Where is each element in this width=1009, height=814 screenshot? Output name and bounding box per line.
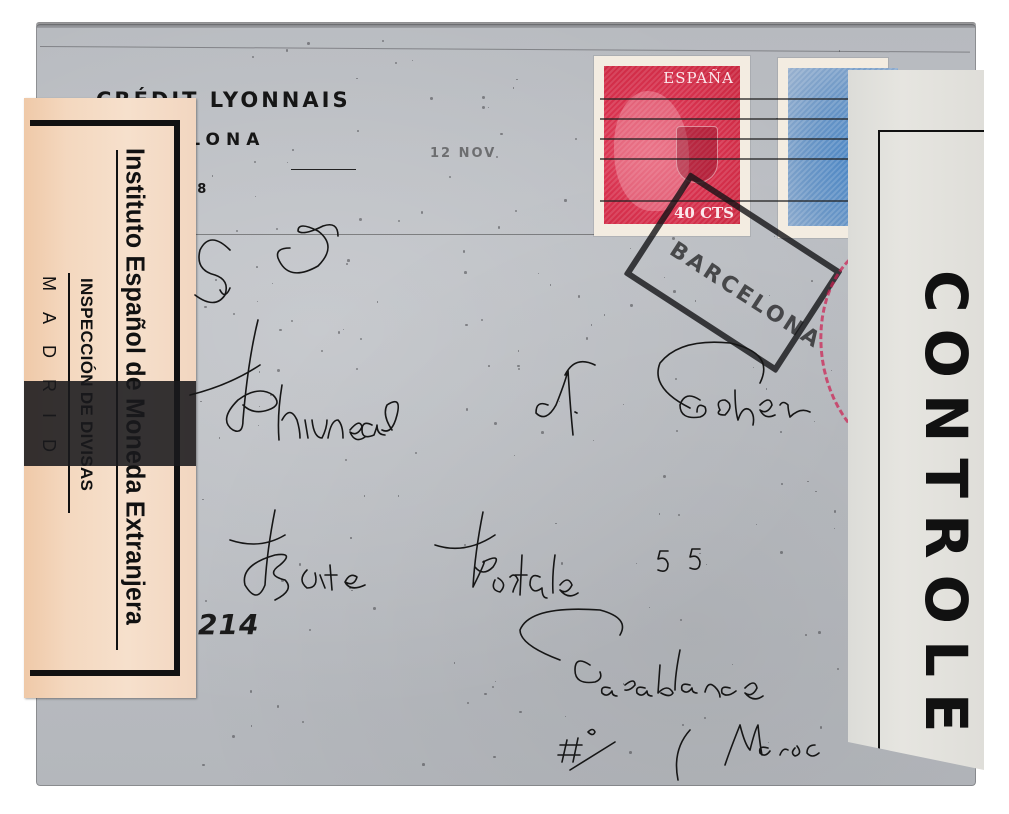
paper-speck xyxy=(467,702,469,704)
paper-speck xyxy=(277,369,280,372)
strip-rule xyxy=(878,130,984,132)
paper-speck xyxy=(482,96,485,99)
address-salutation: Sr D. xyxy=(200,245,287,285)
paper-speck xyxy=(286,49,288,51)
paper-speck xyxy=(357,130,359,132)
paper-speck xyxy=(350,537,351,538)
paper-speck xyxy=(496,156,498,158)
paper-speck xyxy=(454,662,455,663)
paper-speck xyxy=(564,199,566,201)
paper-speck xyxy=(422,763,425,766)
letterhead-rule xyxy=(291,169,356,170)
paper-speck xyxy=(343,329,344,330)
paper-speck xyxy=(212,175,214,177)
paper-speck xyxy=(276,228,278,230)
paper-speck xyxy=(541,431,544,434)
paper-speck xyxy=(232,735,235,738)
paper-speck xyxy=(516,79,518,81)
paper-speck xyxy=(630,304,632,306)
cancel-line xyxy=(600,158,860,160)
paper-speck xyxy=(359,218,362,221)
paper-speck xyxy=(395,62,397,64)
address-city: Casablanca xyxy=(540,655,773,701)
currency-inspection-label: Instituto Español de Moneda Extranjera I… xyxy=(24,98,196,698)
paper-speck xyxy=(676,430,678,432)
paper-speck xyxy=(347,259,350,262)
cancel-line xyxy=(600,118,860,120)
paper-speck xyxy=(780,431,782,433)
strip-rule xyxy=(878,130,880,750)
paper-speck xyxy=(495,681,496,682)
paper-speck xyxy=(623,404,624,405)
paper-speck xyxy=(518,350,519,351)
censor-strip: CONTROLE xyxy=(848,70,984,770)
paper-speck xyxy=(338,331,340,333)
paper-speck xyxy=(202,764,204,766)
envelope-top-edge xyxy=(36,22,976,28)
paper-speck xyxy=(430,97,433,100)
paper-speck xyxy=(349,588,351,590)
paper-speck xyxy=(834,510,837,513)
address-country: (Maroc) xyxy=(680,735,801,770)
paper-speck xyxy=(277,705,279,707)
cancel-line xyxy=(600,98,860,100)
paper-speck xyxy=(675,378,677,380)
paper-speck xyxy=(753,367,754,368)
stamp-country: ESPAÑA xyxy=(663,69,734,87)
machine-postmark: 12 NOV xyxy=(430,146,496,161)
paper-speck xyxy=(488,365,490,367)
paper-speck xyxy=(561,562,563,564)
paper-speck xyxy=(781,483,783,485)
paper-speck xyxy=(780,551,783,554)
paper-speck xyxy=(498,226,501,229)
paper-speck xyxy=(578,295,580,297)
address-name: Phineas M. Cohen xyxy=(222,385,590,431)
paper-speck xyxy=(351,590,352,591)
paper-speck xyxy=(415,452,417,454)
paper-speck xyxy=(591,324,592,325)
paper-speck xyxy=(704,717,706,719)
coat-of-arms-icon xyxy=(676,126,718,183)
paper-speck xyxy=(649,607,650,608)
address-annotation: #° xyxy=(558,735,593,765)
paper-speck xyxy=(292,149,294,151)
paper-speck xyxy=(818,631,821,634)
paper-speck xyxy=(519,711,521,713)
paper-speck xyxy=(464,271,467,274)
paper-speck xyxy=(219,437,221,439)
address-street: Boite Postale 55 xyxy=(228,540,557,586)
paper-speck xyxy=(373,607,376,610)
paper-speck xyxy=(202,499,203,500)
censor-strip-text: CONTROLE xyxy=(912,270,980,749)
paper-speck xyxy=(814,421,815,422)
paper-speck xyxy=(629,751,632,754)
paper-speck xyxy=(575,138,577,140)
paper-speck xyxy=(492,686,494,688)
paper-speck xyxy=(538,273,539,274)
paper-speck xyxy=(500,133,503,136)
paper-speck xyxy=(233,313,235,315)
paper-speck xyxy=(839,50,840,51)
paper-speck xyxy=(307,42,310,45)
paper-speck xyxy=(604,314,606,316)
label-black-band xyxy=(24,381,196,466)
paper-speck xyxy=(398,220,400,222)
reference-number: 214 xyxy=(198,608,259,641)
cancel-line xyxy=(600,138,860,140)
paper-speck xyxy=(382,40,384,42)
